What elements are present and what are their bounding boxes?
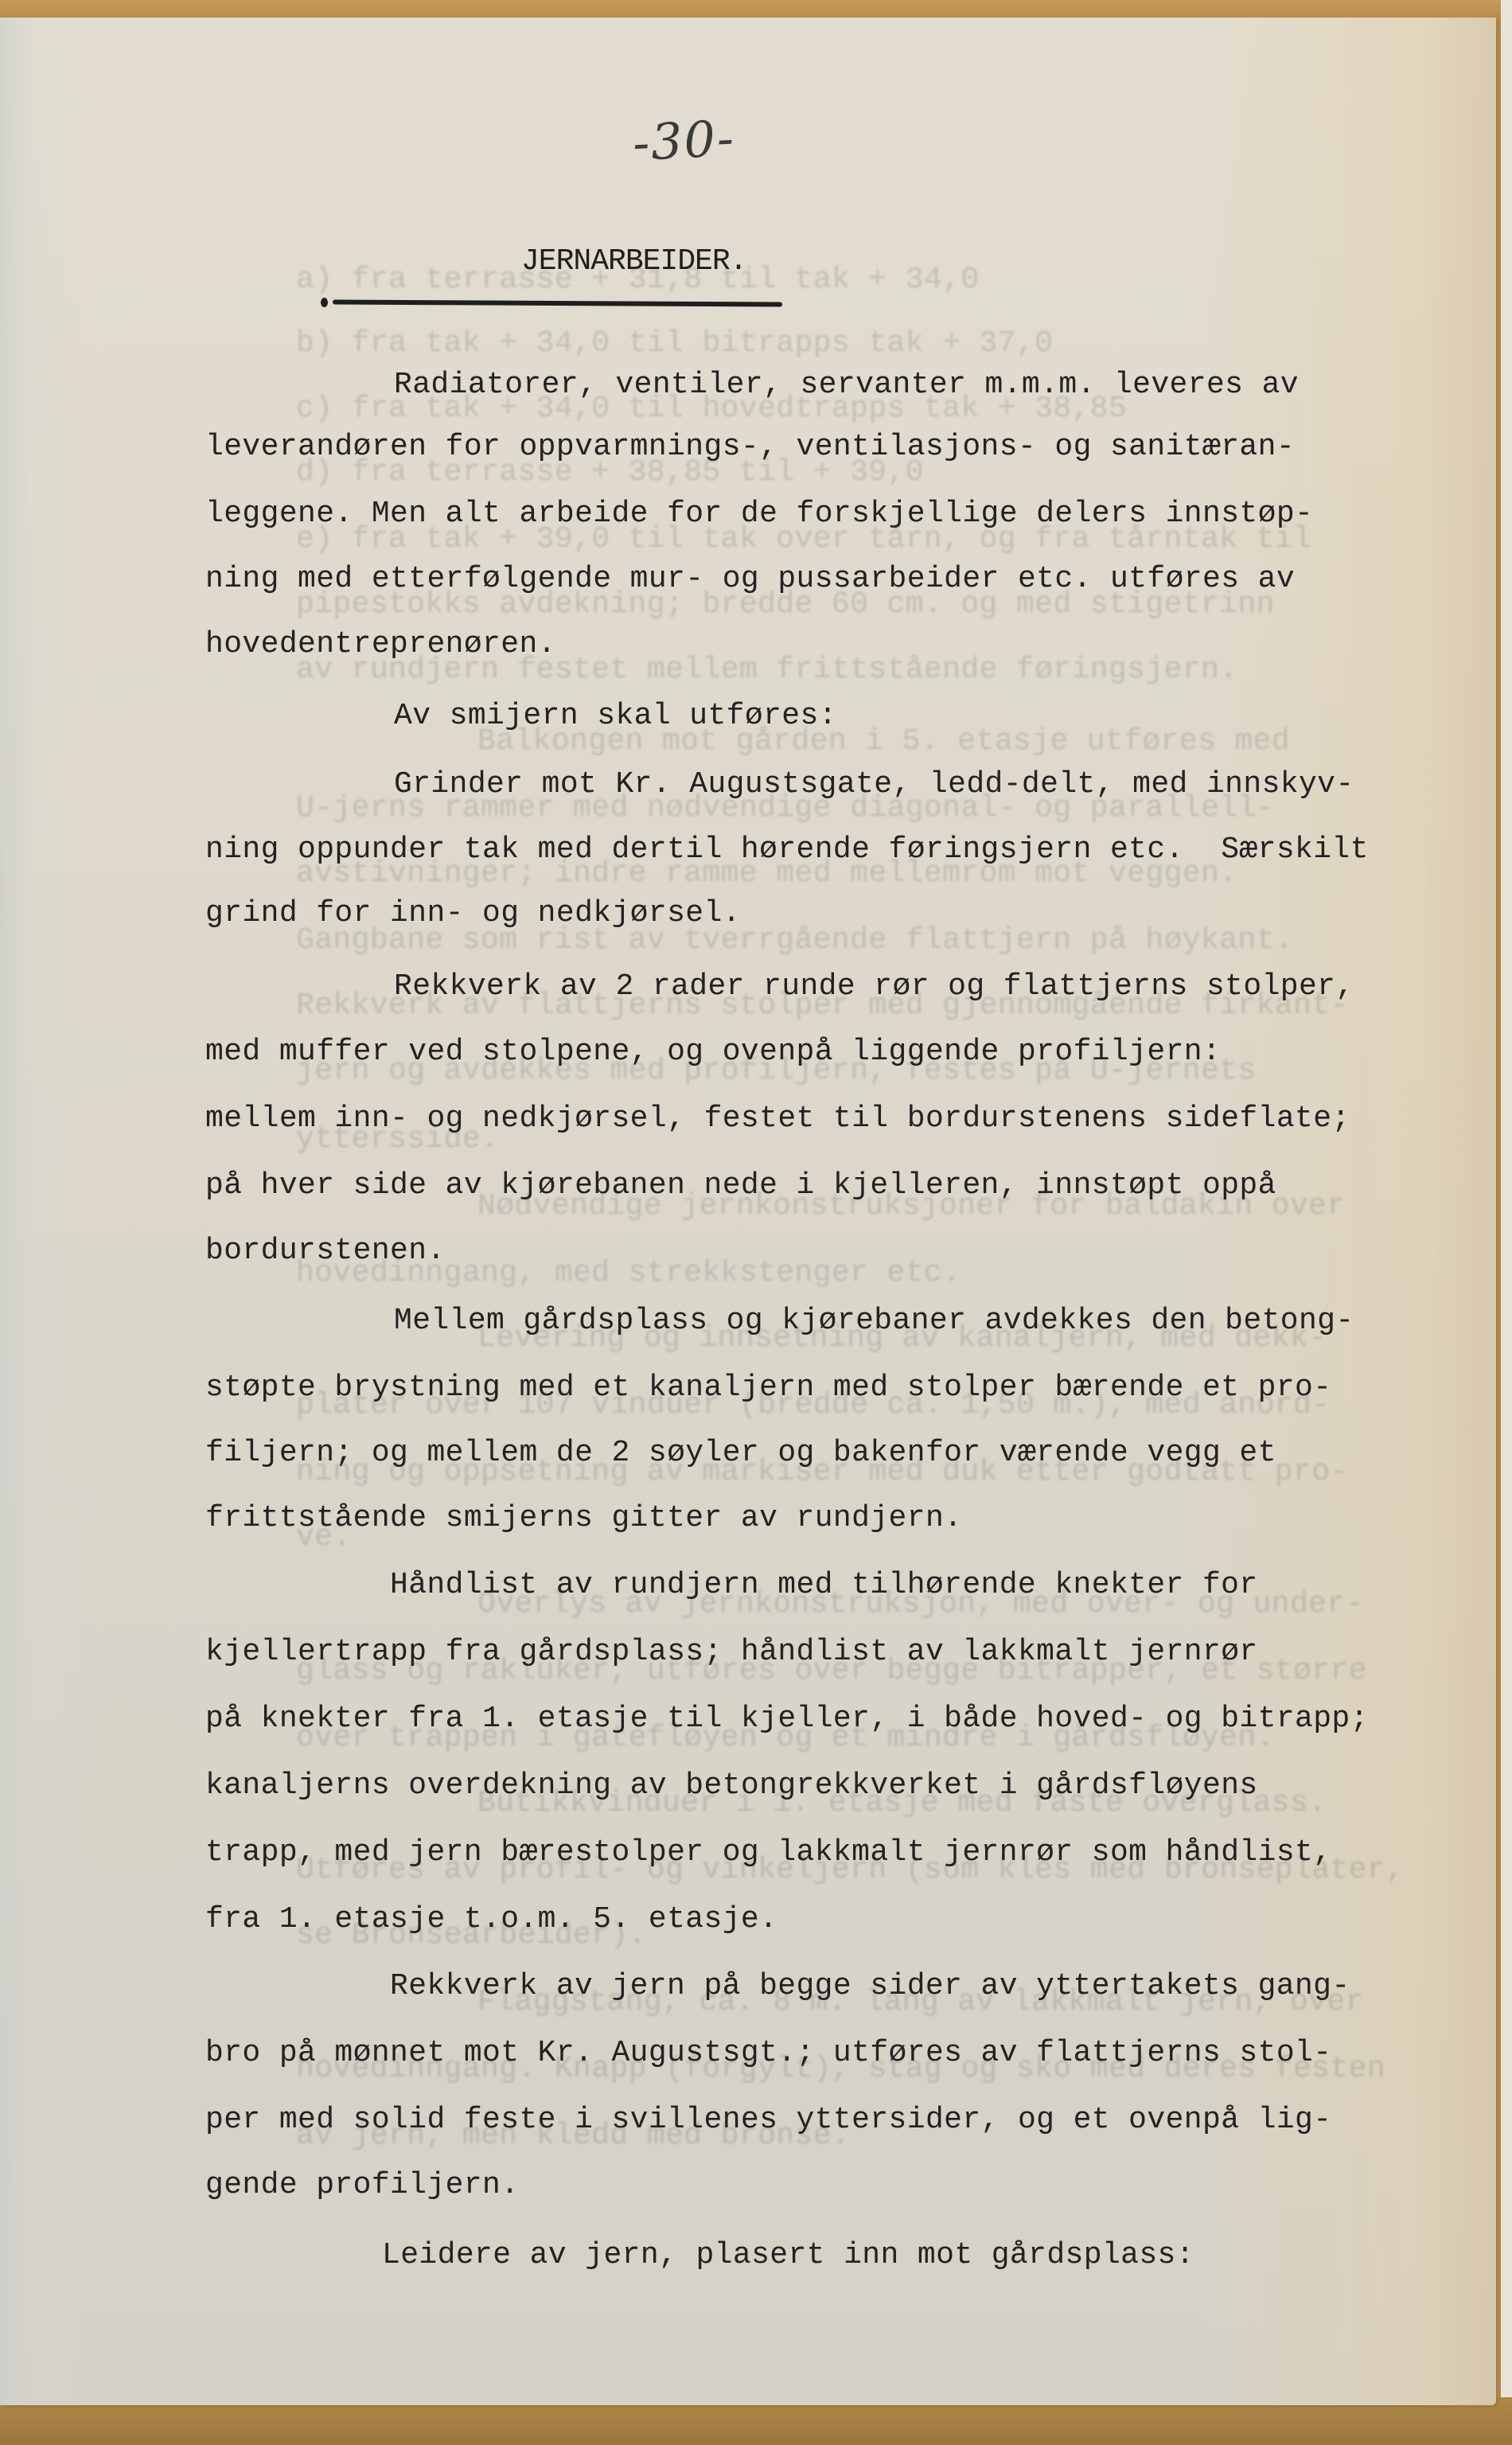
text-line: bro på mønnet mot Kr. Augustsgt.; utføre… (205, 2036, 1331, 2070)
text-line: med muffer ved stolpene, og ovenpå ligge… (205, 1035, 1221, 1069)
handwritten-page-number: -30- (631, 109, 736, 173)
text-line: Grinder mot Kr. Augustsgate, ledd-delt, … (394, 767, 1354, 801)
text-line: Håndlist av rundjern med tilhørende knek… (390, 1568, 1258, 1602)
text-line: gende profiljern. (205, 2168, 519, 2202)
text-line: grind for inn- og nedkjørsel. (205, 896, 741, 930)
text-line: trapp, med jern bærestolper og lakkmalt … (205, 1835, 1331, 1870)
text-line: hovedentreprenøren. (205, 627, 556, 661)
text-line: Mellem gårdsplass og kjørebaner avdekkes… (394, 1304, 1354, 1338)
text-line: frittstående smijerns gitter av rundjern… (205, 1501, 962, 1535)
text-line: leverandøren for oppvarmnings-, ventilas… (205, 430, 1295, 464)
text-line: på hver side av kjørebanen nede i kjelle… (205, 1168, 1276, 1203)
text-line: Radiatorer, ventiler, servanter m.m.m. l… (394, 368, 1299, 402)
text-line: filjern; og mellem de 2 søyler og bakenf… (205, 1436, 1276, 1470)
text-line: per med solid feste i svillenes yttersid… (205, 2103, 1331, 2137)
section-title: JERNARBEIDER. (521, 244, 746, 279)
text-line: ning oppunder tak med dertil hørende før… (205, 833, 1369, 867)
text-line: bordurstenen. (205, 1234, 446, 1268)
title-dot-mark (321, 298, 328, 307)
text-line: Leidere av jern, plasert inn mot gårdspl… (382, 2238, 1194, 2272)
text-line: leggene. Men alt arbeide for de forskjel… (205, 497, 1313, 531)
typewritten-page: a) fra terrasse + 31,8 til tak + 34,0b) … (0, 18, 1496, 2405)
text-line: ning med etterfølgende mur- og pussarbei… (205, 562, 1295, 596)
text-line: kjellertrapp fra gårdsplass; håndlist av… (205, 1635, 1258, 1669)
text-line: mellem inn- og nedkjørsel, festet til bo… (205, 1102, 1350, 1136)
text-line: støpte brystning med et kanaljern med st… (205, 1371, 1331, 1405)
text-line: på knekter fra 1. etasje til kjeller, i … (205, 1702, 1369, 1736)
text-line: fra 1. etasje t.o.m. 5. etasje. (205, 1902, 777, 1936)
text-line: Rekkverk av 2 rader runde rør og flattje… (394, 969, 1354, 1004)
text-line: Av smijern skal utføres: (394, 699, 837, 733)
background-right-edge (1501, 0, 1512, 2445)
bleed-through-line: b) fra tak + 34,0 til bitrapps tak + 37,… (296, 326, 1053, 361)
text-line: kanaljerns overdekning av betongrekkverk… (205, 1768, 1258, 1803)
title-underline (333, 300, 782, 307)
text-line: Rekkverk av jern på begge sider av ytter… (390, 1969, 1350, 2003)
